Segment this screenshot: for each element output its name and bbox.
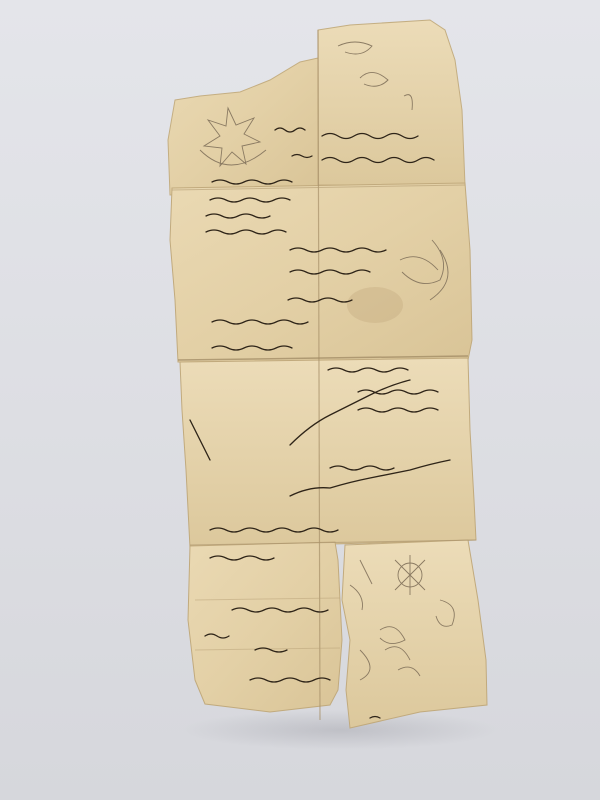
stain [347, 287, 403, 323]
middle-panel [180, 358, 476, 548]
bottom-left-panel [188, 542, 342, 712]
manuscript-illustration [0, 0, 600, 800]
manuscript-photo [0, 0, 600, 800]
top-left-panel [168, 58, 318, 195]
